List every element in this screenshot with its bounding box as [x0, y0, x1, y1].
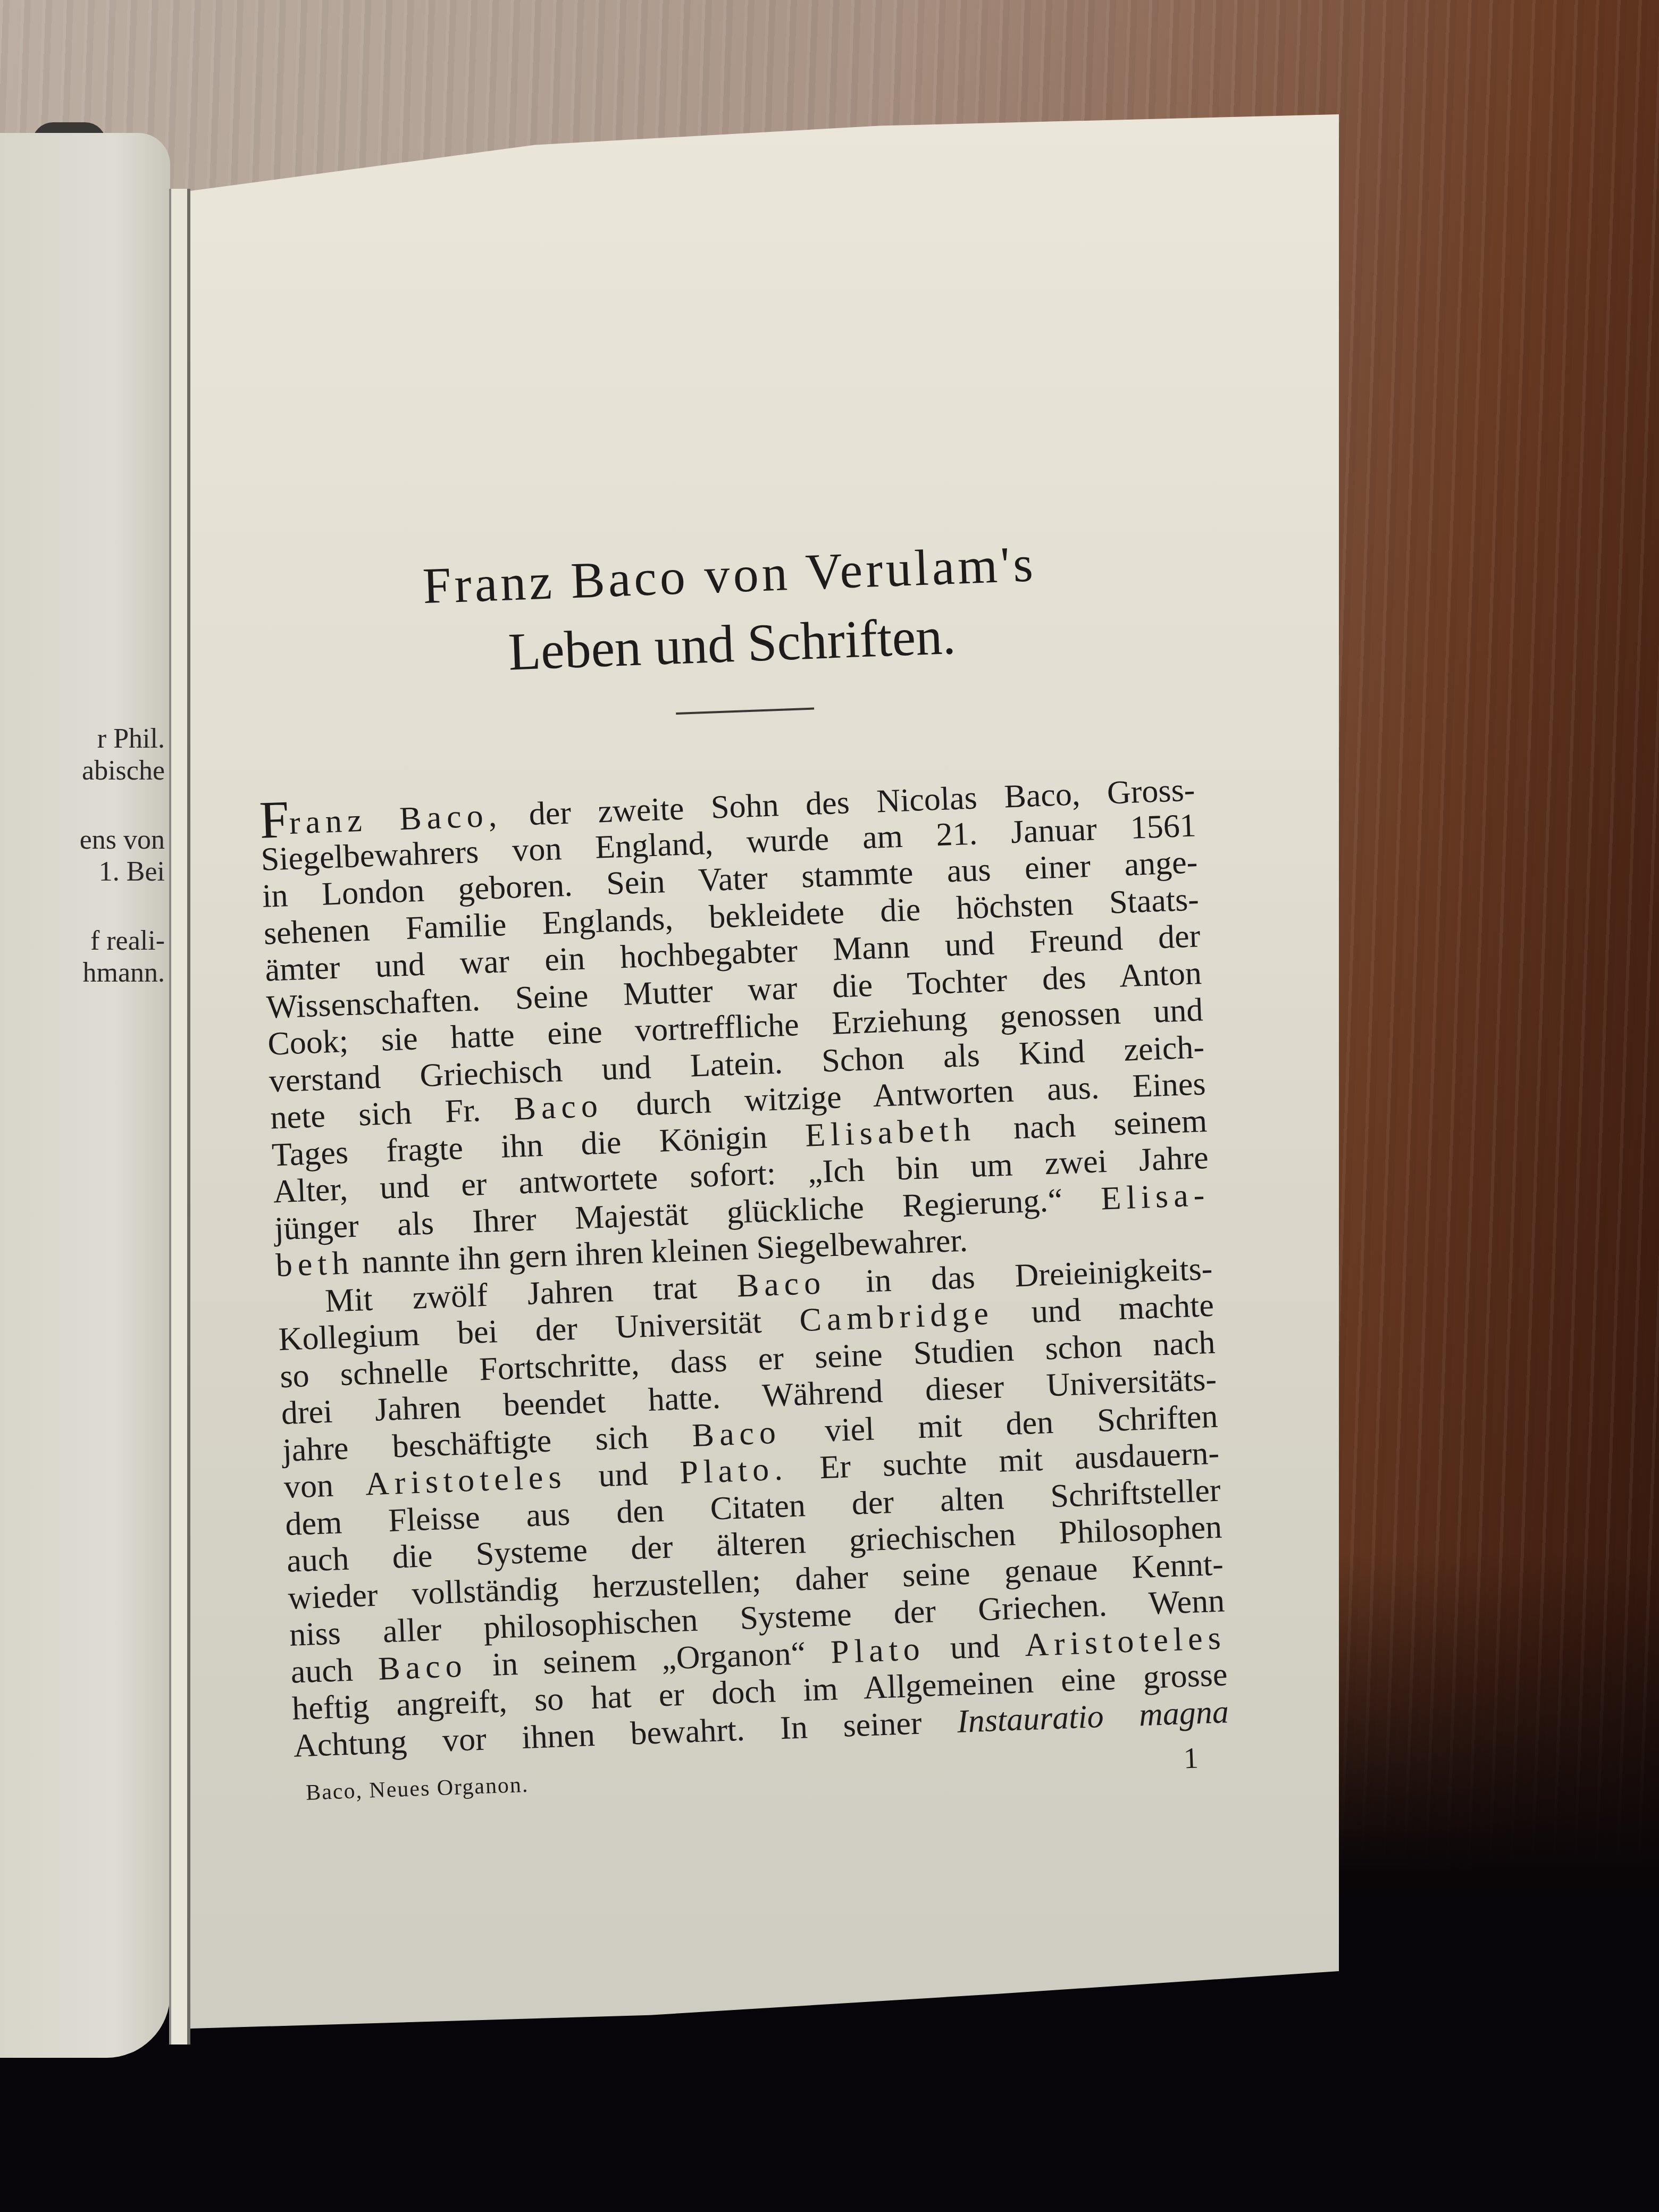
left-page-fragment: r Phil. — [0, 723, 165, 755]
text-run: und machte — [993, 1287, 1214, 1331]
emphasized-name: Baco — [513, 1088, 604, 1127]
emphasized-name: Plato. — [679, 1451, 788, 1490]
left-page — [0, 133, 170, 2058]
text-run: von — [283, 1467, 366, 1506]
emphasized-name: Aristoteles — [1024, 1620, 1227, 1663]
left-page-fragment: abische — [0, 755, 165, 787]
emphasized-name: Baco — [691, 1414, 782, 1453]
left-page-fragment: f reali- — [0, 925, 165, 957]
emphasized-name: Elisa- — [1100, 1176, 1210, 1216]
emphasized-name: Elisabeth — [805, 1111, 976, 1154]
body-text: Franz Baco, der zweite Sohn des Nicolas … — [259, 770, 1229, 1764]
left-page-text-fragments: r Phil.abischeens von1. Beif reali-hmann… — [0, 723, 165, 989]
text-run: und — [566, 1455, 681, 1495]
emphasized-name: Aristoteles — [365, 1459, 567, 1503]
emphasized-name: Baco — [378, 1647, 468, 1687]
emphasized-name: Plato — [830, 1631, 926, 1670]
left-page-fragment: hmann. — [0, 957, 165, 989]
emphasized-name: beth — [275, 1245, 355, 1284]
left-page-fragment — [0, 787, 165, 824]
text-run: und — [924, 1627, 1025, 1667]
left-page-fragment: ens von — [0, 824, 165, 856]
left-page-fragment: 1. Bei — [0, 856, 165, 888]
emphasized-name: Cambridge — [799, 1295, 994, 1338]
left-page-fragment — [0, 888, 165, 925]
text-run: auch — [290, 1650, 379, 1690]
book-gutter — [169, 189, 190, 2045]
page-content: Franz Baco von Verulam's Leben und Schri… — [239, 523, 1242, 1808]
title-divider-rule — [676, 708, 814, 715]
page-number: 1 — [1183, 1741, 1199, 1775]
emphasized-name: Baco — [736, 1264, 827, 1304]
